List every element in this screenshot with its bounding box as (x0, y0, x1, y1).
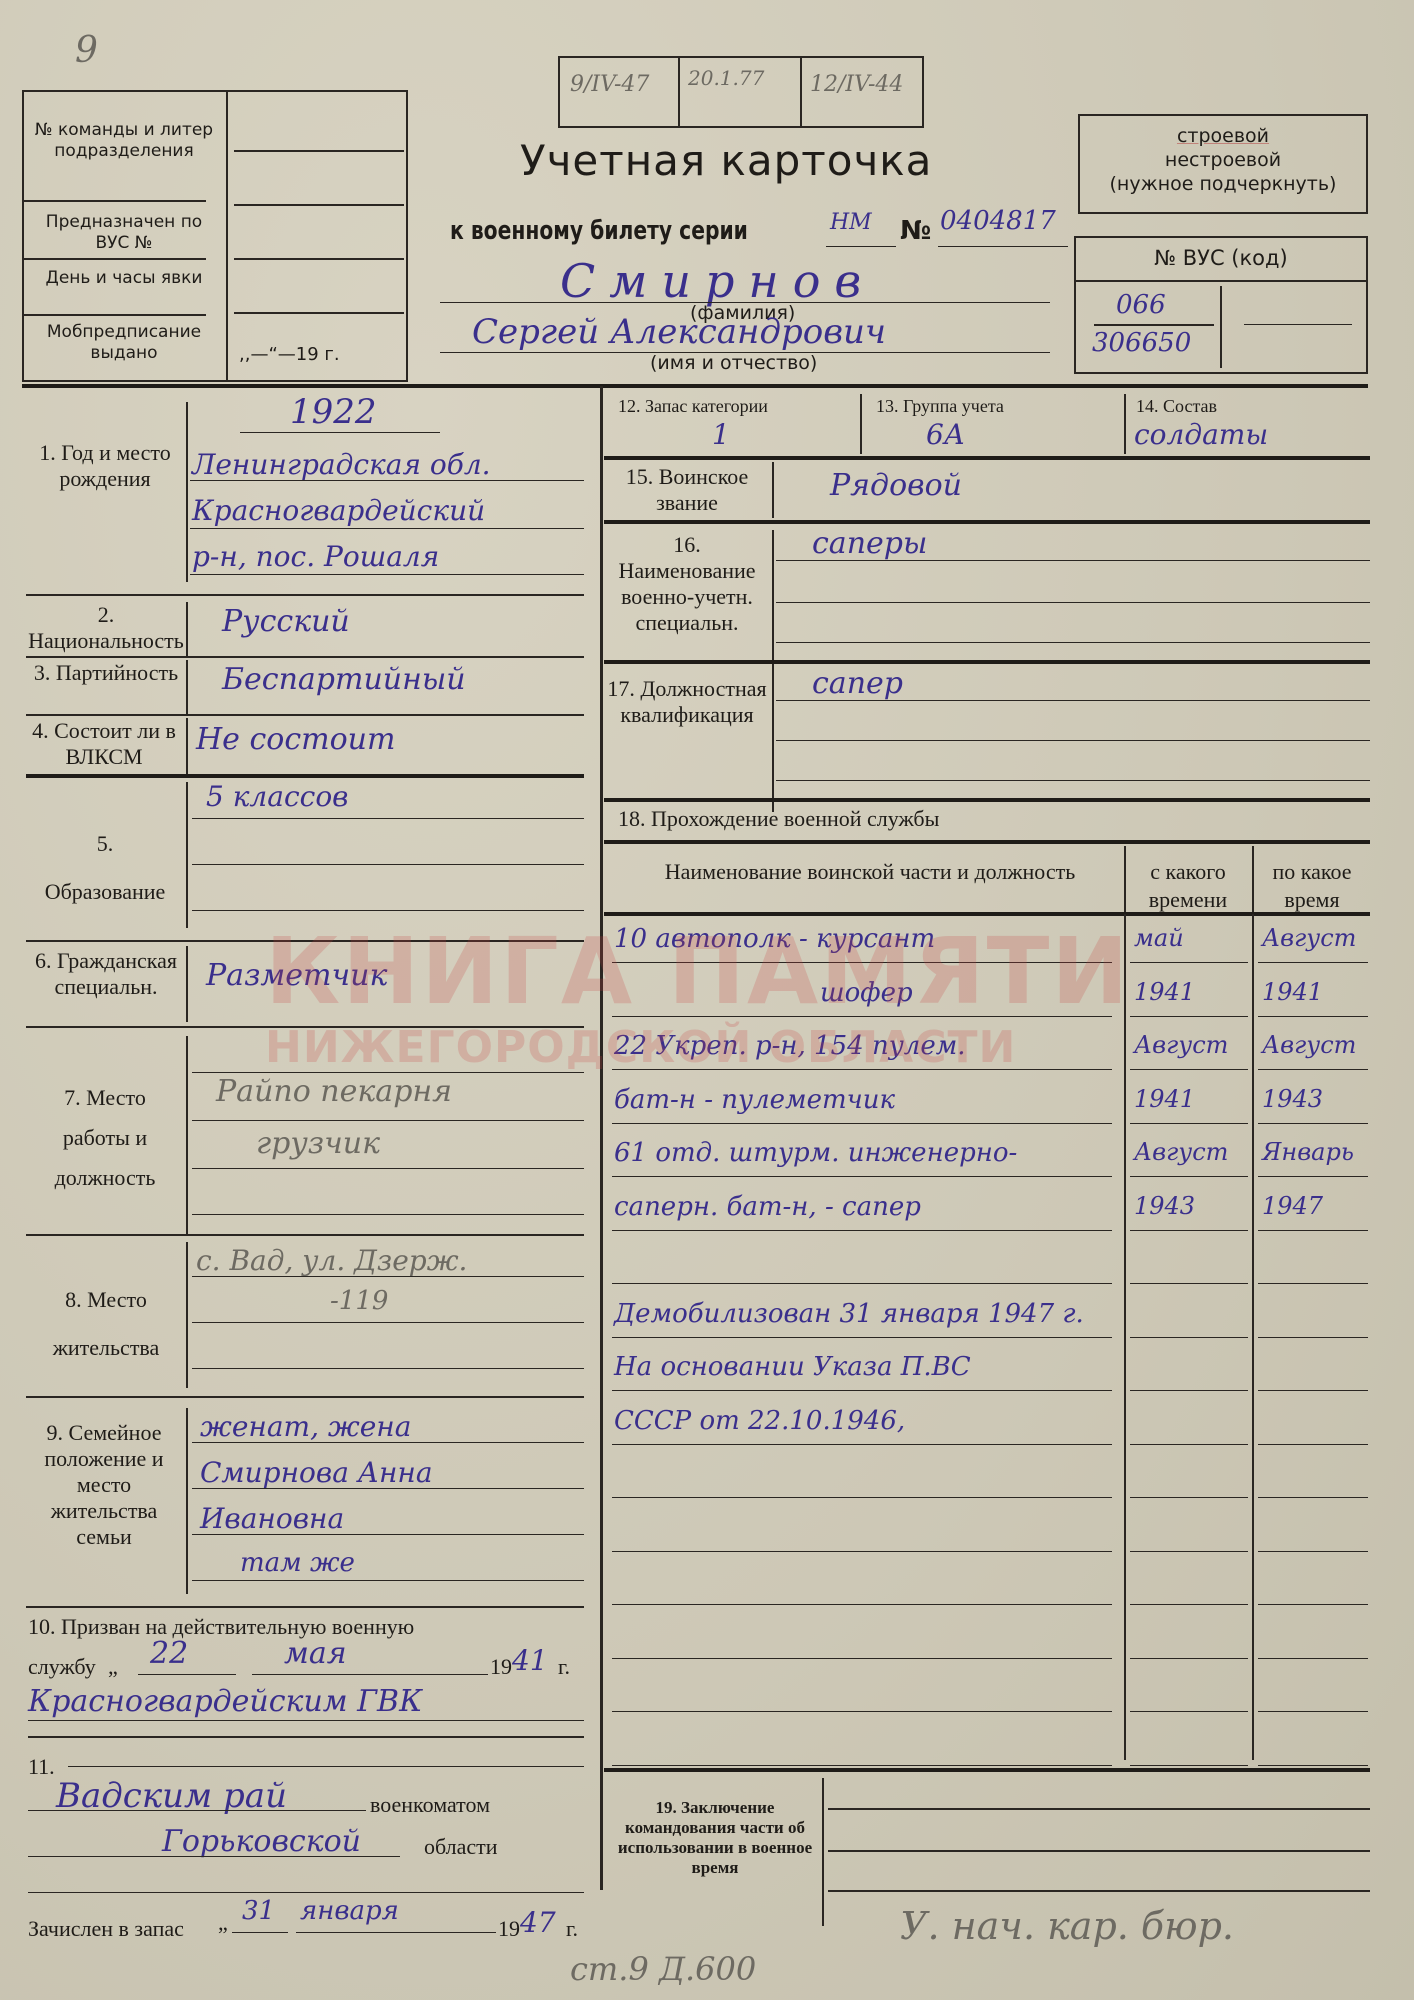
row-line (1130, 1176, 1248, 1177)
reserve-category-value: 1 (712, 418, 730, 451)
row-line (612, 1658, 1112, 1659)
unit-cell: 61 отд. штурм. инженерно- (614, 1138, 1017, 1168)
page-number-mark: 9 (75, 30, 98, 71)
rank-value: Рядовой (830, 468, 962, 503)
row-line (1258, 1604, 1368, 1605)
position-value: грузчик (256, 1126, 380, 1161)
row-line (1258, 1711, 1368, 1712)
label-command-conclusion: 19. Заключение командования части об исп… (612, 1798, 818, 1878)
row-line (612, 1497, 1112, 1498)
ticket-series: НМ (830, 210, 872, 235)
label-education: 5. Образование (40, 820, 170, 916)
birth-place-line2: Красногвардейский (192, 494, 485, 527)
surname-value: Смирнов (560, 254, 875, 308)
pencil-note-archive: ст.9 Д.600 (570, 1950, 756, 1988)
service-type-combat[interactable]: строевой (1080, 124, 1366, 148)
from-cell: Август (1134, 1031, 1228, 1059)
from-cell: 1943 (1134, 1192, 1195, 1220)
civil-specialty-value: Разметчик (206, 958, 387, 993)
col-header-to: по какое время (1254, 858, 1370, 914)
label-report-time: День и часы явки (44, 268, 204, 289)
education-value: 5 классов (206, 780, 348, 813)
label-command-number: № команды и литер подразделения (24, 120, 224, 162)
conscript-year-suffix: 41 (512, 1644, 548, 1677)
komsomol-value: Не состоит (196, 722, 395, 757)
row-line (1258, 962, 1368, 963)
row-line (612, 1711, 1112, 1712)
unit-cell: Демобилизован 31 января 1947 г. (614, 1299, 1084, 1329)
reserve-day: 31 (242, 1896, 275, 1926)
row-line (612, 1230, 1112, 1231)
ticket-number: 0404817 (940, 206, 1056, 236)
row-line (1130, 1658, 1248, 1659)
row-line (1258, 1069, 1368, 1070)
row-line (1130, 1069, 1248, 1070)
residence-line2: -119 (330, 1286, 388, 1316)
number-sign: № (900, 216, 931, 246)
stamp-entry-2: 20.1.77 (688, 66, 764, 90)
reserve-month: января (300, 1896, 399, 1926)
from-cell: Август (1134, 1138, 1228, 1166)
row-line (612, 962, 1112, 963)
row-line (1258, 1765, 1368, 1766)
label-position-qualification: 17. Должностная квалификация (604, 676, 770, 728)
to-cell: 1943 (1262, 1085, 1323, 1113)
label-account-group: 13. Группа учета (876, 396, 1004, 417)
row-line (1130, 1444, 1248, 1445)
conscript-by: Красногвардейским ГВК (28, 1684, 422, 1719)
conscript-month: мая (284, 1636, 347, 1671)
unit-cell: 22 Укреп. р-н, 154 пулем. (614, 1031, 966, 1061)
nationality-value: Русский (222, 604, 350, 639)
row-line (1258, 1123, 1368, 1124)
row-line (612, 1337, 1112, 1338)
vus-header: № ВУС (код) (1076, 246, 1366, 270)
unit-cell: саперн. бат-н, - сапер (614, 1192, 921, 1222)
conscript-year-end: г. (558, 1654, 570, 1680)
unit-cell: СССР от 22.10.1946, (614, 1406, 905, 1436)
label-residence: 8. Место жительства (28, 1276, 184, 1372)
position-qualification-value: сапер (812, 666, 903, 701)
row-line (612, 1765, 1112, 1766)
top-left-box: № команды и литер подразделения Предназн… (22, 90, 408, 382)
card-title: Учетная карточка (520, 136, 932, 185)
stamp-entry-1: 9/IV-47 (570, 72, 649, 97)
stamp-entry-3: 12/IV-44 (810, 72, 903, 97)
row-line (1130, 1765, 1248, 1766)
family-line1: женат, жена (200, 1410, 411, 1443)
row-line (612, 1016, 1112, 1017)
workplace-value: Райпо пекарня (216, 1074, 452, 1109)
label-komsomol: 4. Состоит ли в ВЛКСМ (22, 718, 186, 770)
label-11: 11. (28, 1754, 55, 1780)
label-birth: 1. Год и место рождения (30, 440, 180, 492)
label-reserve: Зачислен в запас (28, 1916, 184, 1942)
to-cell: Август (1262, 924, 1356, 952)
composition-value: солдаты (1134, 418, 1268, 451)
residence-line1: с. Вад, ул. Дзерж. (196, 1244, 467, 1277)
quote-open-2: „ (218, 1910, 228, 1936)
service-type-noncombat[interactable]: нестроевой (1080, 148, 1366, 172)
label-nationality: 2. Национальность (28, 602, 184, 654)
label-party: 3. Партийность (28, 660, 184, 686)
row-line (1130, 1016, 1248, 1017)
label-rank: 15. Воинское звание (604, 464, 770, 516)
row-line (1258, 1551, 1368, 1552)
vus-denominator: 306650 (1092, 328, 1191, 358)
reserve-year-end: г. (566, 1916, 578, 1942)
name-patronymic-value: Сергей Александрович (472, 312, 886, 352)
row-line (612, 1604, 1112, 1605)
to-cell: Январь (1262, 1138, 1354, 1166)
service-type-box: строевой нестроевой (нужное подчеркнуть) (1078, 114, 1368, 214)
birth-place-line1: Ленинградская обл. (192, 448, 491, 481)
party-value: Беспартийный (222, 662, 466, 697)
to-cell: 1941 (1262, 978, 1323, 1006)
row-line (1130, 1230, 1248, 1231)
to-cell: Август (1262, 1031, 1356, 1059)
row-line (612, 1444, 1112, 1445)
subtitle-prefix: к военному билету серии (450, 216, 748, 246)
reserve-year-suffix: 47 (520, 1906, 556, 1939)
conscript-year-prefix: 19 (490, 1654, 512, 1680)
row-line (1130, 1497, 1248, 1498)
row-line (1258, 1230, 1368, 1231)
row-line (612, 1069, 1112, 1070)
row-line (612, 1176, 1112, 1177)
label-voenkomat: военкоматом (370, 1792, 490, 1818)
col-header-from: с какого времени (1126, 858, 1250, 914)
unit-cell: На основании Указа П.ВС (614, 1352, 971, 1382)
pencil-note-signature: У. нач. кар. бюр. (900, 1904, 1234, 1948)
row-line (612, 1123, 1112, 1124)
row-line (1130, 1283, 1248, 1284)
row-line (1258, 1390, 1368, 1391)
row-line (1130, 1390, 1248, 1391)
stamp-box: 9/IV-47 20.1.77 12/IV-44 (558, 56, 924, 128)
unit-cell: 10 автополк - курсант (614, 924, 935, 954)
family-line2: Смирнова Анна (200, 1456, 433, 1489)
name-patronymic-caption: (имя и отчество) (650, 352, 817, 374)
row-line (1258, 1176, 1368, 1177)
birth-year: 1922 (290, 392, 377, 432)
reserve-year-prefix: 19 (498, 1916, 520, 1942)
row-line (1130, 1604, 1248, 1605)
unit-cell: шофер (820, 978, 913, 1008)
row-line (1258, 1283, 1368, 1284)
col-divider (1252, 914, 1254, 1760)
label-reserve-category: 12. Запас категории (618, 396, 768, 417)
row-line (612, 1283, 1112, 1284)
unit-cell: бат-н - пулеметчик (614, 1085, 895, 1115)
from-cell: май (1134, 924, 1184, 952)
label-oblast: области (424, 1834, 498, 1860)
quote-open: „ (108, 1654, 118, 1680)
col-header-unit: Наименование воинской части и должность (620, 858, 1120, 886)
label-military-specialty: 16. Наименование военно-учетн. специальн… (604, 532, 770, 636)
row-line (612, 1551, 1112, 1552)
label-service-history: 18. Прохождение военной службы (618, 806, 939, 832)
row-line (1258, 1497, 1368, 1498)
label-civil-specialty: 6. Гражданская специальн. (28, 948, 184, 1000)
label-family: 9. Семейное положение и место жительства… (24, 1420, 184, 1550)
label-composition: 14. Состав (1136, 396, 1217, 417)
row-line (1258, 1658, 1368, 1659)
label-workplace: 7. Место работы и должность (30, 1078, 180, 1198)
account-group-value: 6А (926, 418, 965, 451)
military-specialty-value: саперы (812, 526, 927, 561)
row-line (1130, 962, 1248, 963)
label-conscripted: 10. Призван на действительную военную (28, 1614, 414, 1640)
row-line (1258, 1337, 1368, 1338)
from-cell: 1941 (1134, 978, 1195, 1006)
row-line (1130, 1123, 1248, 1124)
conscript-day: 22 (150, 1636, 188, 1671)
family-line4: там же (240, 1548, 355, 1578)
label-vus-assignment: Предназначен по ВУС № (34, 212, 214, 254)
vus-numerator: 066 (1116, 290, 1166, 320)
row-line (1258, 1444, 1368, 1445)
row-line (1130, 1337, 1248, 1338)
birth-place-line3: р-н, пос. Рошаля (192, 540, 439, 573)
service-type-note: (нужное подчеркнуть) (1080, 172, 1366, 196)
label-mob-order: Мобпредписание выдано (24, 322, 224, 364)
vus-code-box: № ВУС (код) 066 306650 (1074, 236, 1368, 374)
label-service: службу (28, 1654, 96, 1680)
row-line (612, 1390, 1112, 1391)
to-cell: 1947 (1262, 1192, 1323, 1220)
oblast-value: Горьковской (162, 1824, 361, 1859)
mob-order-date: ,,—“—19 г. (239, 344, 340, 365)
row-line (1130, 1711, 1248, 1712)
family-line3: Ивановна (200, 1502, 344, 1535)
row-line (1258, 1016, 1368, 1017)
row-line (1130, 1551, 1248, 1552)
col-divider (1124, 914, 1126, 1760)
from-cell: 1941 (1134, 1085, 1195, 1113)
